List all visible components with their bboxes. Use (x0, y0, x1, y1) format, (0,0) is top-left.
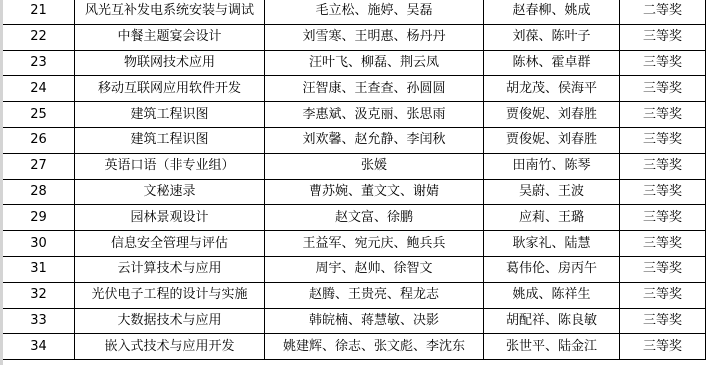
cell-advisors: 田南竹、陈琴 (484, 153, 620, 179)
cell-students: 毛立松、施婷、吴磊 (265, 0, 484, 24)
cell-number: 34 (3, 334, 75, 360)
cell-number: 24 (3, 76, 75, 102)
cell-award: 三等奖 (620, 50, 706, 76)
cell-number: 22 (3, 24, 75, 50)
cell-number: 30 (3, 231, 75, 257)
cell-students: 张媛 (265, 153, 484, 179)
cell-number: 23 (3, 50, 75, 76)
cell-award: 三等奖 (620, 308, 706, 334)
cell-event: 光伏电子工程的设计与实施 (75, 282, 265, 308)
cell-award: 三等奖 (620, 102, 706, 128)
cell-event: 物联网技术应用 (75, 50, 265, 76)
cell-number: 21 (3, 0, 75, 24)
table-row: 32 光伏电子工程的设计与实施 赵腾、王贵亮、程龙志 姚成、陈祥生 三等奖 (3, 282, 706, 308)
cell-students: 赵腾、王贵亮、程龙志 (265, 282, 484, 308)
table-row: 28 文秘速录 曹苏婉、董文文、谢婧 吴蔚、王波 三等奖 (3, 179, 706, 205)
cell-event: 嵌入式技术与应用开发 (75, 334, 265, 360)
cell-event: 英语口语（非专业组） (75, 153, 265, 179)
cell-students: 汪智康、王查查、孙圆圆 (265, 76, 484, 102)
cell-event: 云计算技术与应用 (75, 256, 265, 282)
cell-number: 29 (3, 205, 75, 231)
cell-advisors: 胡龙茂、侯海平 (484, 76, 620, 102)
cell-event: 建筑工程识图 (75, 102, 265, 128)
cell-students: 刘欢馨、赵允静、李闰秋 (265, 127, 484, 153)
table-row: 24 移动互联网应用软件开发 汪智康、王查查、孙圆圆 胡龙茂、侯海平 三等奖 (3, 76, 706, 102)
cell-award: 三等奖 (620, 179, 706, 205)
table-row: 29 园林景观设计 赵文富、徐鹏 应莉、王璐 三等奖 (3, 205, 706, 231)
cell-number: 27 (3, 153, 75, 179)
cell-advisors: 胡配祥、陈良敏 (484, 308, 620, 334)
cell-award: 三等奖 (620, 153, 706, 179)
cell-award: 三等奖 (620, 24, 706, 50)
cell-number: 26 (3, 127, 75, 153)
cell-event: 信息安全管理与评估 (75, 231, 265, 257)
cell-students: 韩皖楠、蒋慧敏、决影 (265, 308, 484, 334)
cell-event: 建筑工程识图 (75, 127, 265, 153)
cell-award: 三等奖 (620, 231, 706, 257)
cell-event: 园林景观设计 (75, 205, 265, 231)
cell-event: 移动互联网应用软件开发 (75, 76, 265, 102)
table-row: 21 风光互补发电系统安装与调试 毛立松、施婷、吴磊 赵春柳、姚成 二等奖 (3, 0, 706, 24)
cell-students: 赵文富、徐鹏 (265, 205, 484, 231)
cell-advisors: 赵春柳、姚成 (484, 0, 620, 24)
cell-advisors: 贾俊妮、刘春胜 (484, 127, 620, 153)
cell-advisors: 应莉、王璐 (484, 205, 620, 231)
cell-students: 曹苏婉、董文文、谢婧 (265, 179, 484, 205)
cell-award: 三等奖 (620, 256, 706, 282)
table-row: 30 信息安全管理与评估 王益军、宛元庆、鲍兵兵 耿家礼、陆慧 三等奖 (3, 231, 706, 257)
cell-students: 周宇、赵帅、徐智文 (265, 256, 484, 282)
cell-advisors: 刘葆、陈叶子 (484, 24, 620, 50)
cell-number: 32 (3, 282, 75, 308)
table-row: 27 英语口语（非专业组） 张媛 田南竹、陈琴 三等奖 (3, 153, 706, 179)
cell-number: 28 (3, 179, 75, 205)
table-row: 23 物联网技术应用 汪叶飞、柳磊、荆云凤 陈林、霍卓群 三等奖 (3, 50, 706, 76)
cell-advisors: 葛伟伦、房丙午 (484, 256, 620, 282)
cell-event: 风光互补发电系统安装与调试 (75, 0, 265, 24)
cell-advisors: 姚成、陈祥生 (484, 282, 620, 308)
cell-award: 三等奖 (620, 76, 706, 102)
table-row: 31 云计算技术与应用 周宇、赵帅、徐智文 葛伟伦、房丙午 三等奖 (3, 256, 706, 282)
table-row: 26 建筑工程识图 刘欢馨、赵允静、李闰秋 贾俊妮、刘春胜 三等奖 (3, 127, 706, 153)
cell-number: 31 (3, 256, 75, 282)
cell-award: 三等奖 (620, 205, 706, 231)
table-row: 33 大数据技术与应用 韩皖楠、蒋慧敏、决影 胡配祥、陈良敏 三等奖 (3, 308, 706, 334)
cell-advisors: 耿家礼、陆慧 (484, 231, 620, 257)
table-row: 34 嵌入式技术与应用开发 姚建辉、徐志、张文彪、李沈东 张世平、陆金江 三等奖 (3, 334, 706, 360)
cell-award: 二等奖 (620, 0, 706, 24)
cell-students: 姚建辉、徐志、张文彪、李沈东 (265, 334, 484, 360)
cell-students: 李惠斌、汲克丽、张思雨 (265, 102, 484, 128)
awards-table-body: 21 风光互补发电系统安装与调试 毛立松、施婷、吴磊 赵春柳、姚成 二等奖 22… (3, 0, 706, 360)
cell-award: 三等奖 (620, 282, 706, 308)
cell-number: 33 (3, 308, 75, 334)
cell-event: 中餐主题宴会设计 (75, 24, 265, 50)
awards-table: 21 风光互补发电系统安装与调试 毛立松、施婷、吴磊 赵春柳、姚成 二等奖 22… (3, 0, 706, 360)
cell-students: 刘雪寒、王明惠、杨丹丹 (265, 24, 484, 50)
cell-advisors: 贾俊妮、刘春胜 (484, 102, 620, 128)
table-row: 22 中餐主题宴会设计 刘雪寒、王明惠、杨丹丹 刘葆、陈叶子 三等奖 (3, 24, 706, 50)
cell-students: 王益军、宛元庆、鲍兵兵 (265, 231, 484, 257)
cell-number: 25 (3, 102, 75, 128)
cell-award: 三等奖 (620, 127, 706, 153)
cell-event: 文秘速录 (75, 179, 265, 205)
cell-advisors: 吴蔚、王波 (484, 179, 620, 205)
cell-advisors: 张世平、陆金江 (484, 334, 620, 360)
cell-students: 汪叶飞、柳磊、荆云凤 (265, 50, 484, 76)
table-row: 25 建筑工程识图 李惠斌、汲克丽、张思雨 贾俊妮、刘春胜 三等奖 (3, 102, 706, 128)
cell-event: 大数据技术与应用 (75, 308, 265, 334)
cell-advisors: 陈林、霍卓群 (484, 50, 620, 76)
cell-award: 三等奖 (620, 334, 706, 360)
